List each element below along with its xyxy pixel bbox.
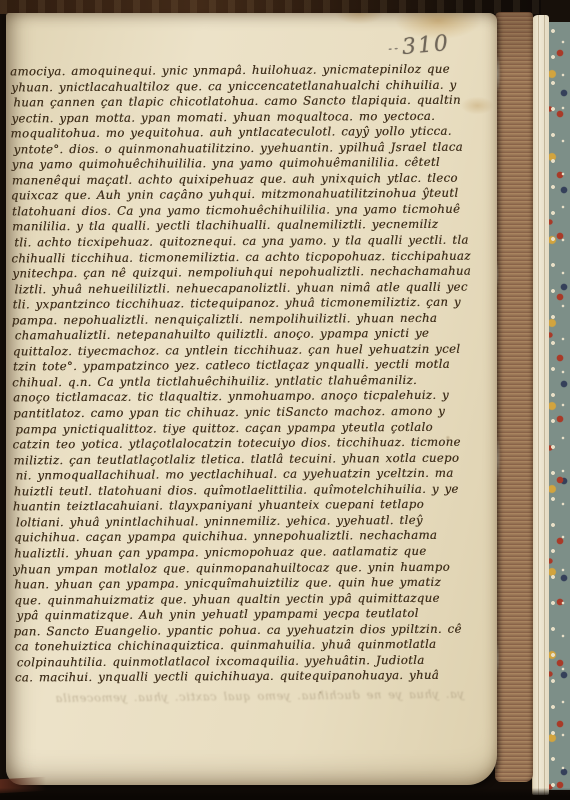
page-edges-strip: [532, 15, 549, 795]
manuscript-page: 310 amociya. amoquinequi. ynic ynmapâ. h…: [6, 13, 497, 785]
bottom-shadow: [0, 788, 570, 800]
book-photo: 310 amociya. amoquinequi. ynic ynmapâ. h…: [0, 0, 570, 800]
manuscript-text-block: amociya. amoquinequi. ynic ynmapâ. huilo…: [11, 62, 477, 687]
show-through-text: ya. yhua ye ne duchihua. yemo qual caxti…: [24, 687, 464, 706]
binding-top-edge: [0, 0, 570, 14]
folio-number: 310: [401, 31, 451, 60]
marbled-endpaper: [547, 22, 570, 790]
fore-edge-stack: [495, 12, 533, 782]
manuscript-line: ca. macihui. ynqualli yectli quichihuaya…: [15, 668, 477, 686]
